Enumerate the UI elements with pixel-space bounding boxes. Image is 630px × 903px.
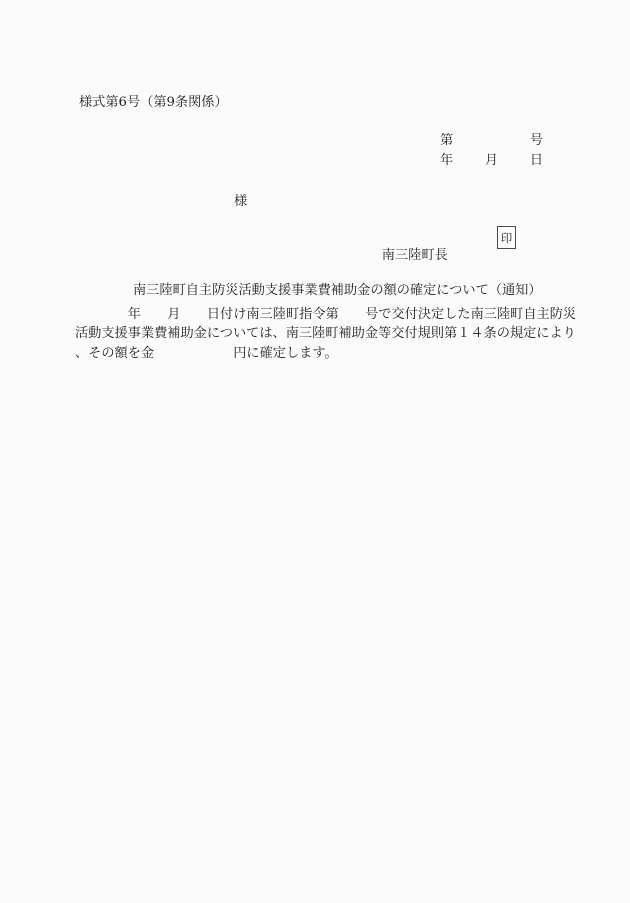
document-number-line: 第 号 xyxy=(440,131,543,151)
date-month-label: 月 xyxy=(485,151,498,171)
date-line: 年 月 日 xyxy=(440,151,543,171)
body-line: 活動支援事業費補助金については、南三陸町補助金等交付規則第１４条の規定により xyxy=(75,324,576,343)
seal-stamp: 印 xyxy=(497,226,516,249)
body-line: 、その額を金 円に確定します。 xyxy=(75,344,576,363)
sender-title-label: 南三陸町長 xyxy=(382,248,448,263)
document-page: 様式第6号（第9条関係） 第 号 年 月 日 様 南三陸町長 印 南三陸町自主防… xyxy=(0,0,630,903)
docno-prefix-label: 第 xyxy=(440,131,453,151)
seal-label: 印 xyxy=(501,230,513,246)
subject-title: 南三陸町自主防災活動支援事業費補助金の額の確定について（通知） xyxy=(133,279,542,298)
docno-suffix-label: 号 xyxy=(530,131,543,151)
body-line: 年 月 日付け南三陸町指令第 号で交付決定した南三陸町自主防災 xyxy=(75,305,576,324)
date-day-label: 日 xyxy=(530,151,543,171)
date-year-label: 年 xyxy=(440,151,453,171)
sender-line: 南三陸町長 xyxy=(365,229,448,278)
document-number-block: 第 号 年 月 日 xyxy=(440,131,543,170)
addressee-honorific: 様 xyxy=(234,190,247,209)
body-paragraph: 年 月 日付け南三陸町指令第 号で交付決定した南三陸町自主防災 活動支援事業費補… xyxy=(75,305,576,363)
form-number-label: 様式第6号（第9条関係） xyxy=(79,91,228,110)
